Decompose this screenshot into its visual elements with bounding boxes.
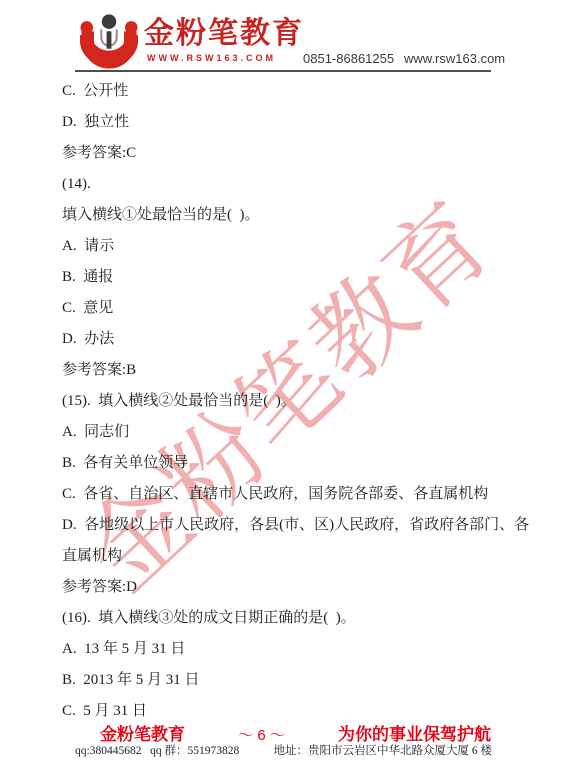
option-line: B. 2013 年 5 月 31 日	[62, 665, 532, 696]
option-line: B. 通报	[62, 262, 532, 293]
option-line-wrap: 直属机构	[62, 541, 532, 572]
option-line: B. 各有关单位领导	[62, 448, 532, 479]
option-line: C. 意见	[62, 293, 532, 324]
option-line: D. 独立性	[62, 107, 532, 138]
footer-brand-row: 金粉笔教育 ～ 6 ～ 为你的事业保驾护航	[0, 720, 561, 740]
answer-line: 参考答案:D	[62, 572, 532, 603]
exam-content: C. 公开性 D. 独立性 参考答案:C (14). 填入横线①处最恰当的是( …	[62, 76, 532, 727]
page-footer: 金粉笔教育 ～ 6 ～ 为你的事业保驾护航 qq:380445682 qq 群：…	[0, 720, 561, 764]
header-phone-number: 0851-86861255	[303, 51, 394, 66]
brand-logo-icon	[78, 10, 140, 70]
header-website: www.rsw163.com	[404, 51, 505, 66]
option-line: A. 请示	[62, 231, 532, 262]
header-divider	[75, 70, 491, 72]
question-number: (14).	[62, 169, 532, 200]
option-line: A. 同志们	[62, 417, 532, 448]
document-page: 金粉笔教育 金粉笔教育 WWW.RSW163.COM 0851-86861255…	[0, 0, 561, 764]
brand-name: 金粉笔教育	[144, 18, 304, 50]
footer-contact-row: qq:380445682 qq 群：551973828 地址：贵阳市云岩区中华北…	[0, 740, 561, 764]
answer-line: 参考答案:B	[62, 355, 532, 386]
option-line: D. 各地级以上市人民政府，各县(市、区)人民政府，省政府各部门、各	[62, 510, 532, 541]
footer-address: 地址：贵阳市云岩区中华北路众厦大厦 6 楼	[274, 742, 493, 758]
option-line: C. 公开性	[62, 76, 532, 107]
question-stem: 填入横线①处最恰当的是( )。	[62, 200, 532, 231]
brand-site-url: WWW.RSW163.COM	[147, 53, 276, 63]
option-line: D. 办法	[62, 324, 532, 355]
answer-line: 参考答案:C	[62, 138, 532, 169]
question-stem: (16). 填入横线③处的成文日期正确的是( )。	[62, 603, 532, 634]
page-header: 金粉笔教育 WWW.RSW163.COM 0851-86861255 www.r…	[0, 0, 561, 74]
option-line: A. 13 年 5 月 31 日	[62, 634, 532, 665]
question-stem: (15). 填入横线②处最恰当的是( )。	[62, 386, 532, 417]
option-line: C. 各省、自治区、直辖市人民政府，国务院各部委、各直属机构	[62, 479, 532, 510]
footer-qq-contacts: qq:380445682 qq 群：551973828	[75, 742, 239, 758]
